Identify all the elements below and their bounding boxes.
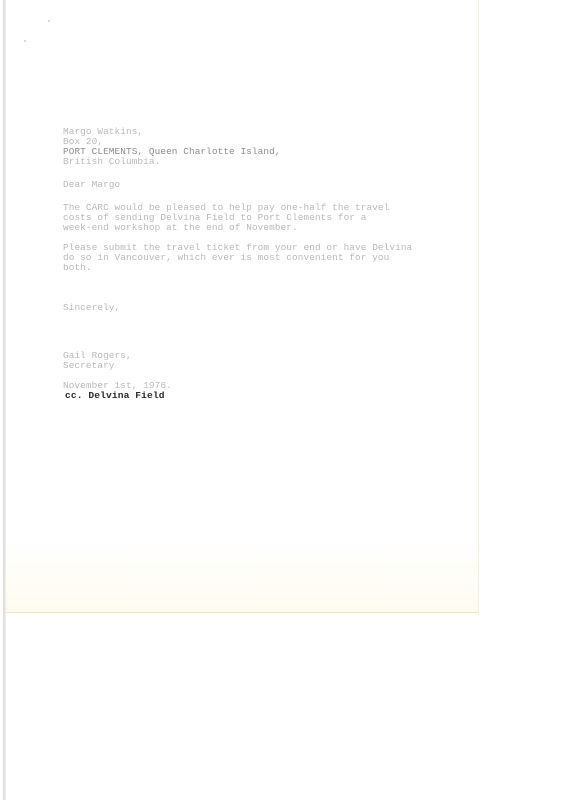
paper-speck <box>24 40 26 42</box>
paper-speck <box>48 20 50 22</box>
cc-line: cc. Delvina Field <box>65 391 433 401</box>
letter-body: Margo Watkins, Box 20, PORT CLEMENTS, Qu… <box>63 127 433 401</box>
signer-title: Secretary <box>63 361 433 371</box>
paragraph: Please submit the travel ticket from you… <box>63 243 433 273</box>
recipient-name: Margo Watkins, <box>63 127 433 137</box>
recipient-address-line: British Columbia. <box>63 157 433 167</box>
signer-name: Gail Rogers, <box>63 351 433 361</box>
paragraph-line: do so in Vancouver, which ever is most c… <box>63 253 433 263</box>
paragraph-line: both. <box>63 263 433 273</box>
salutation: Dear Margo <box>63 180 433 190</box>
paragraph: The CARC would be pleased to help pay on… <box>63 203 433 233</box>
closing: Sincerely, <box>63 303 433 313</box>
recipient-block: Margo Watkins, Box 20, PORT CLEMENTS, Qu… <box>63 127 433 167</box>
paragraph-line: week-end workshop at the end of November… <box>63 223 433 233</box>
